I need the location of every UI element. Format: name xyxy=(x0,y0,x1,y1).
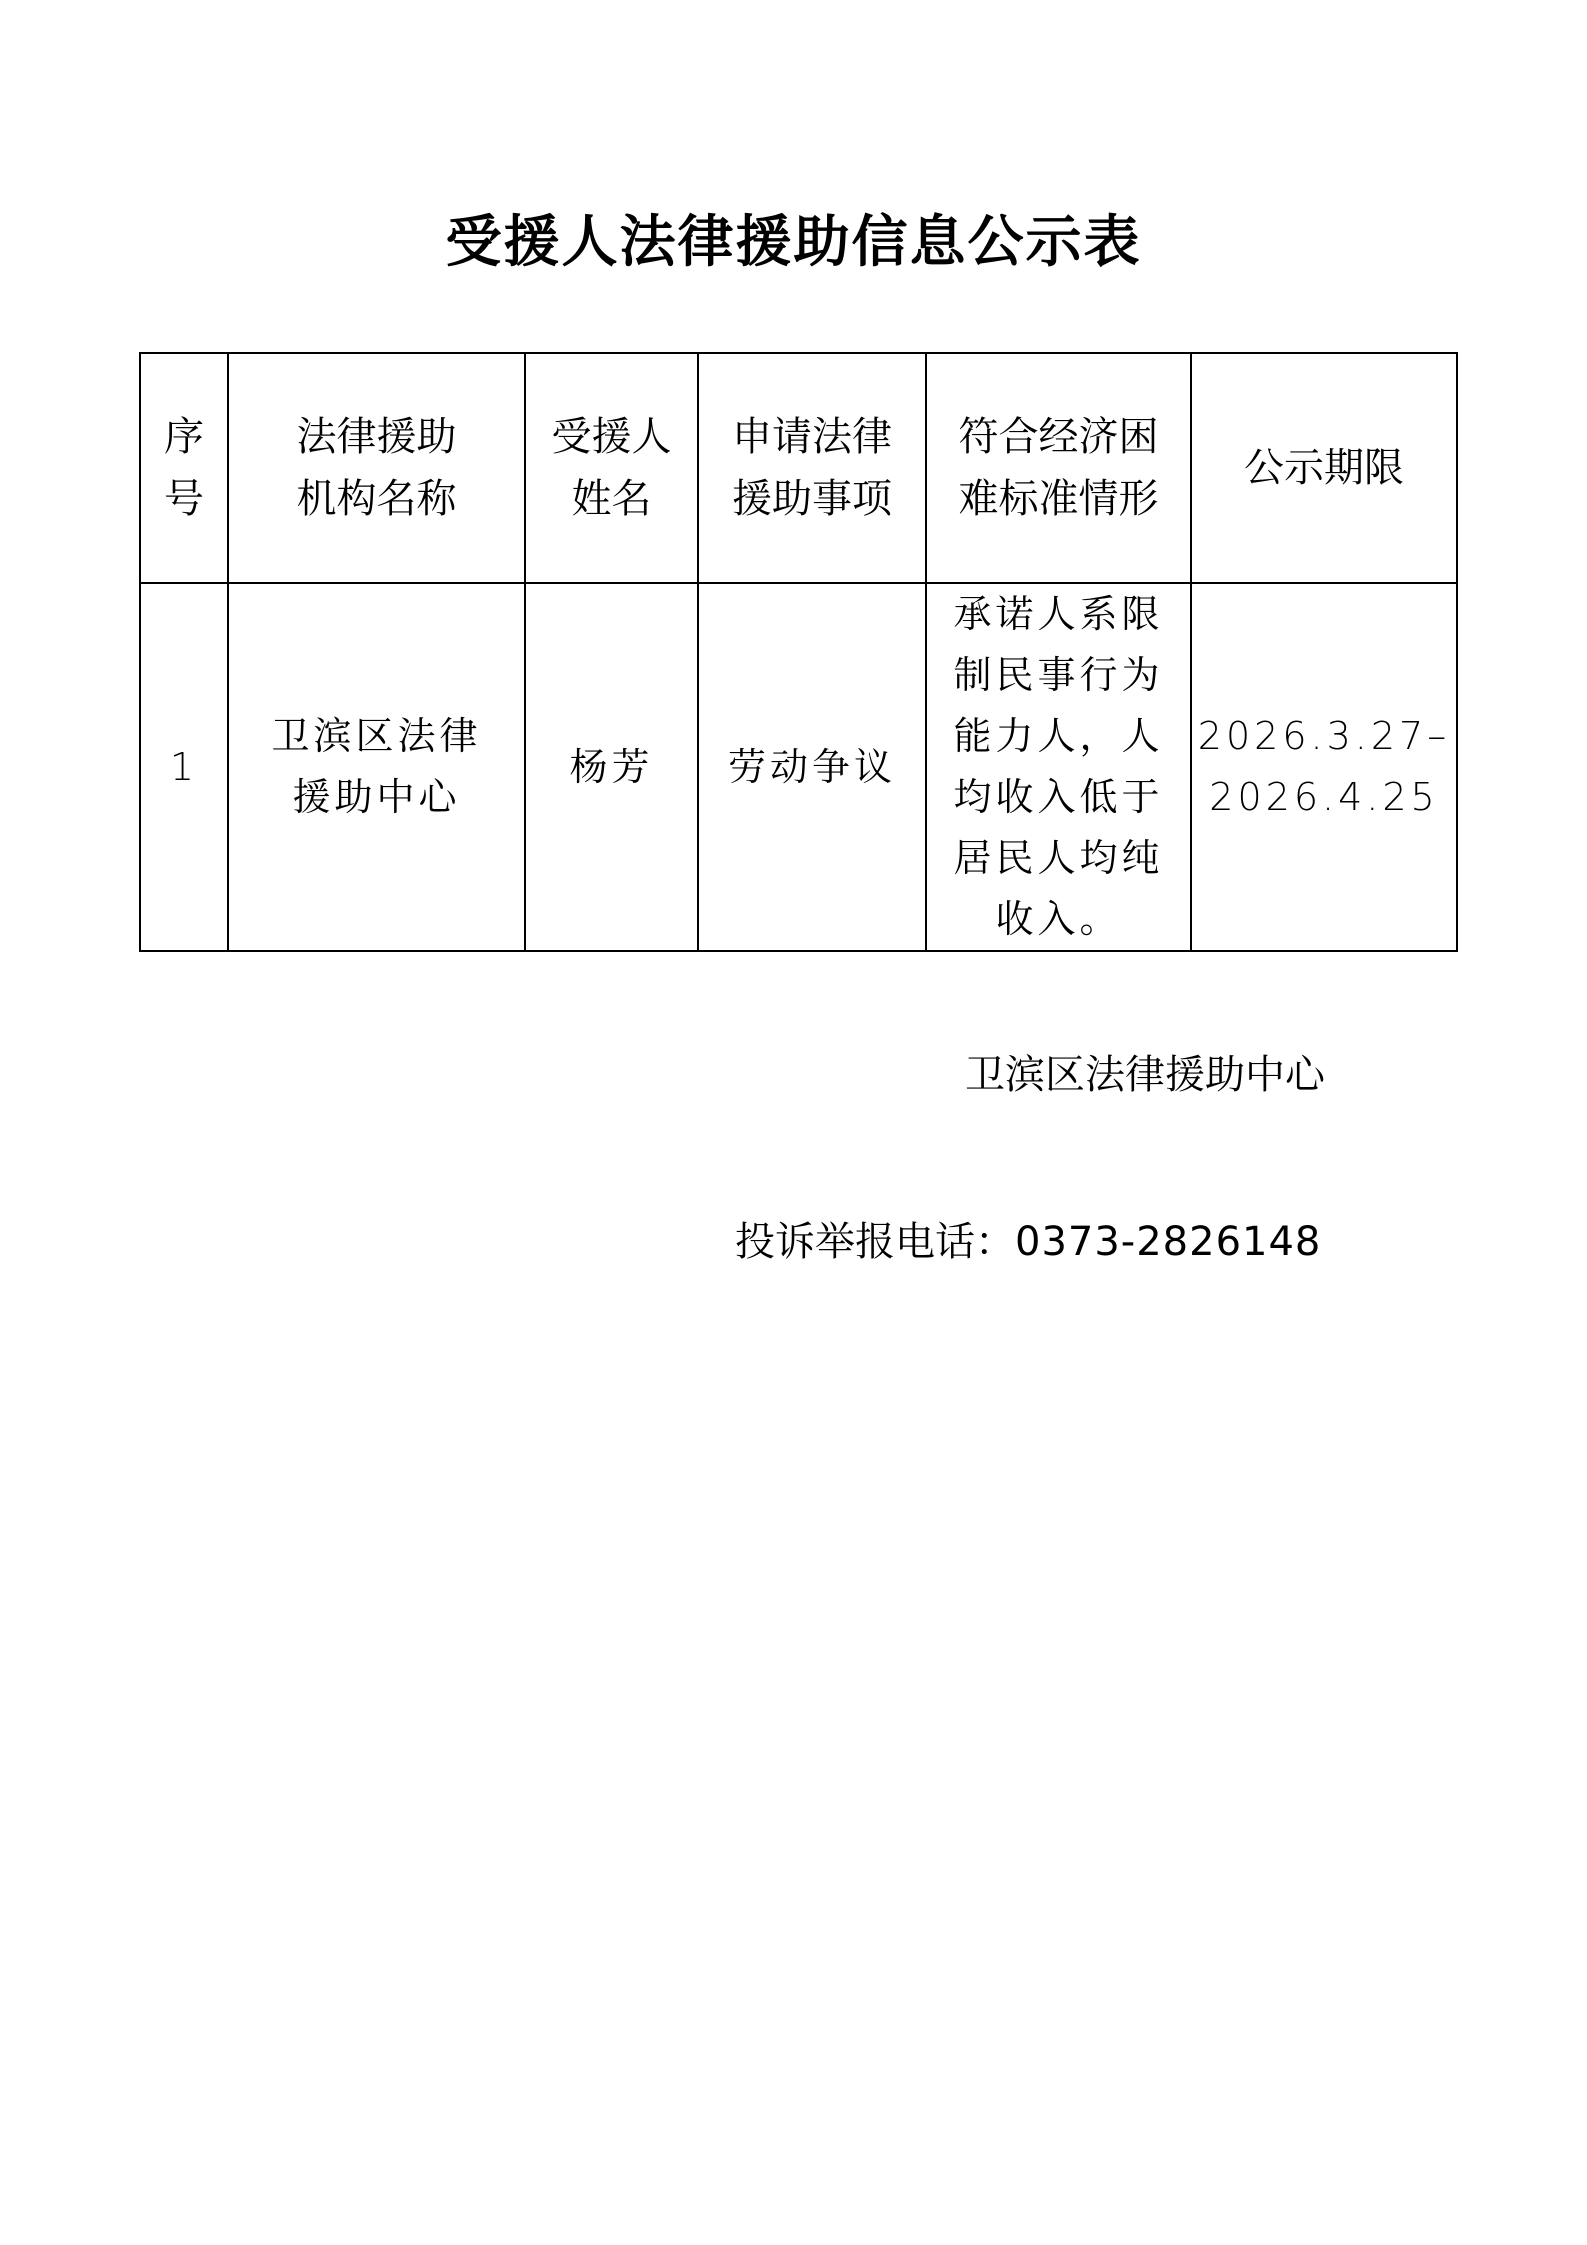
header-matter: 申请法律 援助事项 xyxy=(698,353,926,583)
cell-matter: 劳动争议 xyxy=(698,583,926,951)
cell-index: 1 xyxy=(140,583,228,951)
cell-hardship: 承诺人系限 制民事行为 能力人，人 均收入低于 居民人均纯 收入。 xyxy=(926,583,1191,951)
table-header-row: 序 号 法律援助 机构名称 受援人 姓名 申请法律 援助事项 符合经济困 难标准… xyxy=(140,353,1457,583)
cell-agency: 卫滨区法律 援助中心 xyxy=(228,583,525,951)
table-row: 1 卫滨区法律 援助中心 杨芳 劳动争议 承诺人系限 制民事行为 能力人，人 均… xyxy=(140,583,1457,951)
header-recipient: 受援人 姓名 xyxy=(525,353,698,583)
signature: 卫滨区法律援助中心 xyxy=(965,1043,1325,1100)
header-agency: 法律援助 机构名称 xyxy=(228,353,525,583)
header-hardship: 符合经济困 难标准情形 xyxy=(926,353,1191,583)
header-index: 序 号 xyxy=(140,353,228,583)
header-period: 公示期限 xyxy=(1191,353,1457,583)
complaint-phone: 0373-2826148 xyxy=(1015,1219,1321,1265)
page-title: 受援人法律援助信息公示表 xyxy=(0,198,1587,278)
cell-recipient: 杨芳 xyxy=(525,583,698,951)
complaint-label: 投诉举报电话： xyxy=(735,1219,1015,1265)
complaint-line: 投诉举报电话：0373-2826148 xyxy=(735,1210,1321,1267)
notice-table: 序 号 法律援助 机构名称 受援人 姓名 申请法律 援助事项 符合经济困 难标准… xyxy=(139,352,1458,952)
cell-period: 2026.3.27– 2026.4.25 xyxy=(1191,583,1457,951)
